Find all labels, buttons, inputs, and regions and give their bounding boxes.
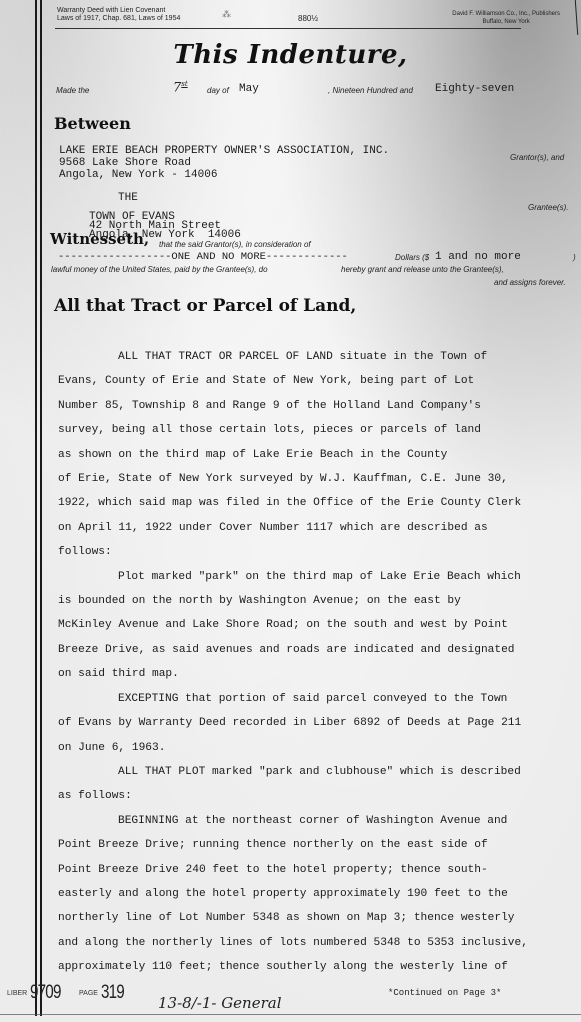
body-line: follows:	[58, 540, 581, 564]
form-name-line1: Warranty Deed with Lien Covenant	[57, 7, 180, 15]
document-title: This Indenture,	[0, 40, 581, 70]
body-line: Breeze Drive, as said avenues and roads …	[58, 638, 581, 662]
grantee-prefix: THE	[118, 192, 138, 204]
assigns-text: and assigns forever.	[494, 278, 566, 287]
body-line: of Erie, State of New York surveyed by W…	[58, 467, 581, 491]
amount-words: ------------------ONE AND NO MORE-------…	[58, 251, 348, 263]
body-line: and along the northerly lines of lots nu…	[58, 931, 581, 955]
legal-description: ALL THAT TRACT OR PARCEL OF LAND situate…	[58, 345, 581, 980]
body-line: ALL THAT TRACT OR PARCEL OF LAND situate…	[58, 345, 581, 369]
liber-number: 9709	[30, 982, 61, 1004]
body-line: of Evans by Warranty Deed recorded in Li…	[58, 711, 581, 735]
page-edge	[575, 0, 578, 35]
body-line: ALL THAT PLOT marked "park and clubhouse…	[58, 760, 581, 784]
body-line: Point Breeze Drive 240 feet to the hotel…	[58, 858, 581, 882]
page-number: 319	[101, 982, 124, 1004]
stamp-mark: ⁂	[222, 9, 231, 20]
handwritten-note: 13-8/-1- General	[158, 994, 282, 1012]
lawful-money-text: lawful money of the United States, paid …	[51, 265, 268, 274]
body-line: easterly and along the hotel property ap…	[58, 882, 581, 906]
grantor-name: LAKE ERIE BEACH PROPERTY OWNER'S ASSOCIA…	[59, 145, 389, 157]
month-value: May	[239, 83, 259, 95]
continued-text: *Continued on Page 3*	[388, 988, 501, 998]
year-value: Eighty-seven	[435, 83, 514, 95]
bottom-rule	[0, 1014, 581, 1015]
body-line: on said third map.	[58, 662, 581, 686]
made-the-label: Made the	[56, 86, 89, 95]
publisher-line2: Buffalo, New York	[452, 18, 560, 26]
body-line: survey, being all those certain lots, pi…	[58, 418, 581, 442]
body-line: Point Breeze Drive; running thence north…	[58, 833, 581, 857]
body-line: is bounded on the north by Washington Av…	[58, 589, 581, 613]
body-line: approximately 110 feet; thence southerly…	[58, 955, 581, 979]
body-line: McKinley Avenue and Lake Shore Road; on …	[58, 613, 581, 637]
left-border-line	[35, 0, 37, 1016]
day-value: 7st	[173, 80, 188, 95]
page-label: PAGE	[79, 990, 98, 997]
body-line: as shown on the third map of Lake Erie B…	[58, 443, 581, 467]
grantor-address2: Angola, New York - 14006	[59, 169, 217, 181]
grantee-role-label: Grantee(s).	[528, 203, 568, 212]
body-line: Number 85, Township 8 and Range 9 of the…	[58, 394, 581, 418]
body-line: as follows:	[58, 784, 581, 808]
grant-text: hereby grant and release unto the Grante…	[341, 265, 504, 274]
witnesseth-heading: Witnesseth,	[50, 230, 149, 248]
form-number: 880½	[298, 14, 318, 23]
close-paren: )	[573, 253, 576, 262]
left-border-line-inner	[40, 0, 42, 1016]
body-line: 1922, which said map was filed in the Of…	[58, 491, 581, 515]
body-line: on April 11, 1922 under Cover Number 111…	[58, 516, 581, 540]
form-name: Warranty Deed with Lien Covenant Laws of…	[57, 7, 180, 23]
tract-heading: All that Tract or Parcel of Land,	[54, 296, 356, 316]
body-line: EXCEPTING that portion of said parcel co…	[58, 687, 581, 711]
dollars-label: Dollars ($	[395, 253, 429, 262]
amount-value: 1 and no more	[435, 251, 521, 263]
form-name-line2: Laws of 1917, Chap. 681, Laws of 1954	[57, 15, 180, 23]
grantor-role-label: Grantor(s), and	[510, 153, 564, 162]
day-suffix: st	[181, 80, 187, 88]
body-line: on June 6, 1963.	[58, 736, 581, 760]
body-line: northerly line of Lot Number 5348 as sho…	[58, 906, 581, 930]
century-label: , Nineteen Hundred and	[328, 86, 413, 95]
grantor-address1: 9568 Lake Shore Road	[59, 157, 191, 169]
body-line: BEGINNING at the northeast corner of Was…	[58, 809, 581, 833]
publisher: David F. Williamson Co., Inc., Publisher…	[452, 10, 560, 26]
header-rule	[55, 28, 521, 29]
publisher-line1: David F. Williamson Co., Inc., Publisher…	[452, 10, 560, 18]
body-line: Evans, County of Erie and State of New Y…	[58, 369, 581, 393]
day-of-label: day of	[207, 86, 229, 95]
liber-label: LIBER	[7, 990, 27, 997]
between-heading: Between	[54, 114, 131, 133]
consideration-text: that the said Grantor(s), in considerati…	[159, 240, 311, 249]
body-line: Plot marked "park" on the third map of L…	[58, 565, 581, 589]
